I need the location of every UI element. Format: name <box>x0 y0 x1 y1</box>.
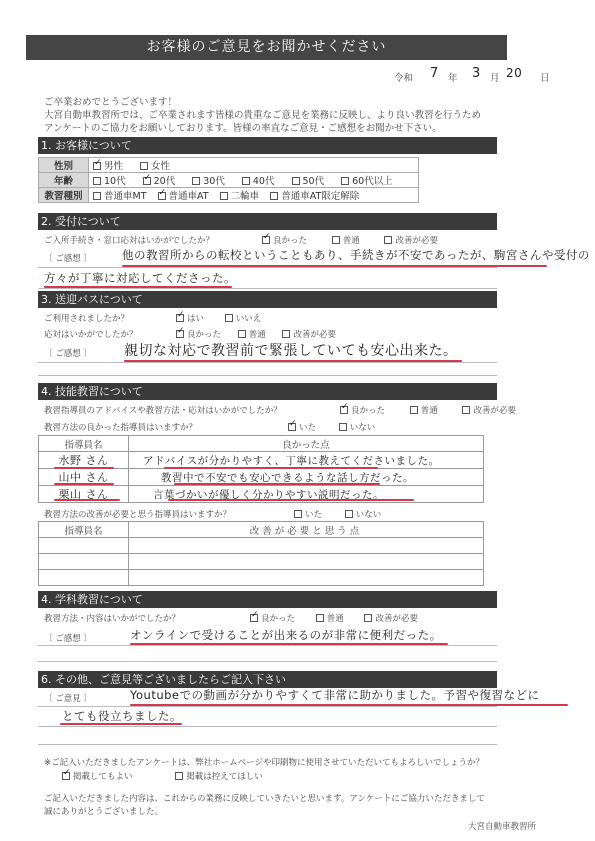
checkbox-checked[interactable] <box>250 614 258 622</box>
highlight-underline <box>174 483 380 485</box>
academic-options: 良かった 普通 改善が必要 <box>250 612 418 624</box>
age-option[interactable]: 40代 <box>242 176 275 187</box>
option-normal[interactable]: 普通 <box>410 406 438 416</box>
instructor-options: 良かった 普通 改善が必要 <box>340 404 516 416</box>
divider <box>38 726 497 727</box>
checkbox[interactable] <box>242 177 250 185</box>
good-instructor-options: いた いない <box>288 421 375 433</box>
column-header: 指導員名 <box>39 436 129 452</box>
checkbox[interactable] <box>220 192 228 200</box>
instructor-name[interactable]: 水野 さん <box>59 454 109 467</box>
good-instructor-question: 教習方法の良かった指導員はいますか？ <box>44 421 197 433</box>
checkbox[interactable] <box>192 177 200 185</box>
comment-label: 〔 ご感想 〕 <box>44 632 92 644</box>
section-header-academic-lessons: 4. 学科教習について <box>38 591 497 608</box>
option-good[interactable]: 良かった <box>340 406 385 416</box>
highlight-underline <box>168 499 414 501</box>
bus-service-question: 応対はいかがでしたか？ <box>44 328 138 340</box>
age-option[interactable]: 30代 <box>192 176 225 187</box>
divider <box>38 645 497 646</box>
column-header: 指導員名 <box>39 522 129 538</box>
date-month[interactable]: 3 <box>472 66 481 81</box>
checkbox[interactable] <box>410 406 418 414</box>
checkbox[interactable] <box>292 177 300 185</box>
checkbox[interactable] <box>462 406 470 414</box>
column-header: 改善が必要と思う点 <box>129 522 484 538</box>
good-point[interactable]: アドバイスが分かりやすく、丁寧に教えてくださいました。 <box>143 455 439 467</box>
section-header-reception: 2. 受付について <box>38 213 497 230</box>
option-needs-improvement[interactable]: 改善が必要 <box>364 614 418 624</box>
checkbox[interactable] <box>332 236 340 244</box>
section-header-other-comments: 6. その他、ご意見等ございましたらご記入下さい <box>38 671 497 688</box>
column-header: 良かった点 <box>129 436 484 452</box>
table-row <box>39 570 484 586</box>
checkbox[interactable] <box>225 314 233 322</box>
checkbox[interactable] <box>316 614 324 622</box>
highlight-underline <box>60 723 182 725</box>
checkbox-checked[interactable] <box>176 330 184 338</box>
checkbox-checked[interactable] <box>262 236 270 244</box>
improvement-cell[interactable] <box>129 538 484 554</box>
course-option[interactable]: 二輪車 <box>220 191 260 202</box>
checkbox[interactable] <box>294 510 302 518</box>
option-yes[interactable]: はい <box>176 314 204 324</box>
option-needs-improvement[interactable]: 改善が必要 <box>462 406 516 416</box>
checkbox[interactable] <box>364 614 372 622</box>
checkbox[interactable] <box>339 423 347 431</box>
date-month-unit: 月 <box>490 70 500 84</box>
checkbox[interactable] <box>384 236 392 244</box>
section-header-bus: 3. 送迎バスについて <box>38 291 497 308</box>
checkbox[interactable] <box>140 162 148 170</box>
improvement-cell[interactable] <box>129 570 484 586</box>
bus-usage-options: はい いいえ <box>176 312 261 324</box>
option-good[interactable]: 良かった <box>176 330 221 340</box>
comment-label: 〔 ご意見 〕 <box>44 692 92 704</box>
checkbox-checked[interactable] <box>340 406 348 414</box>
improve-instructor-question: 教習方法の改善が必要と思う指導員はいますか？ <box>44 508 231 520</box>
option-yes[interactable]: いた <box>288 423 316 433</box>
bus-usage-question: ご利用されましたか？ <box>44 312 129 324</box>
age-label: 年齢 <box>39 173 89 188</box>
course-option[interactable]: 普通車AT限定解除 <box>270 191 359 202</box>
course-option[interactable]: 普通車MT <box>93 191 147 202</box>
other-comment[interactable]: Youtubeでの動画が分かりやすくて非常に助かりました。予習や復習などに <box>130 687 540 703</box>
checkbox[interactable] <box>238 330 246 338</box>
divider <box>38 267 497 268</box>
table-row: 水野 さん アドバイスが分かりやすく、丁寧に教えてくださいました。 <box>39 452 484 469</box>
option-no[interactable]: いない <box>339 423 376 433</box>
option-needs-improvement[interactable]: 改善が必要 <box>282 330 336 340</box>
age-option[interactable]: 10代 <box>93 176 126 187</box>
comment-label: 〔 ご感想 〕 <box>44 252 92 264</box>
option-normal[interactable]: 普通 <box>238 330 266 340</box>
age-option[interactable]: 20代 <box>143 176 176 187</box>
improve-instructor-options: いた いない <box>294 508 381 520</box>
option-good[interactable]: 良かった <box>250 614 295 624</box>
date-era: 令和 <box>394 70 413 84</box>
divider <box>38 661 497 662</box>
intro-line: アンケートのご協力をお願いしております。皆様の率直なご意見・ご感想をお聞かせ下さ… <box>44 120 442 134</box>
checkbox[interactable] <box>341 177 349 185</box>
option-decline-publish[interactable]: 掲載は控えてほしい <box>175 772 263 782</box>
table-row <box>39 554 484 570</box>
checkbox-checked[interactable] <box>143 177 151 185</box>
reception-options: 良かった 普通 改善が必要 <box>262 234 438 246</box>
divider <box>38 362 497 363</box>
option-good[interactable]: 良かった <box>262 236 307 246</box>
good-point[interactable]: 教習中で不安でも安心できるような話し方だった。 <box>161 472 414 484</box>
divider <box>38 706 497 707</box>
checkbox[interactable] <box>175 772 183 780</box>
reception-question: ご入所手続き・窓口応対はいかがでしたか？ <box>44 234 214 246</box>
instructor-question: 教習指導員のアドバイスや教習方法・応対はいかがでしたか？ <box>44 404 282 416</box>
option-no[interactable]: いいえ <box>225 314 262 324</box>
checkbox[interactable] <box>270 192 278 200</box>
bus-comment[interactable]: 親切な対応で教習前で緊張していても安心出来た。 <box>124 340 458 360</box>
footer-message: 誠にありがとうございました。 <box>44 805 163 817</box>
other-comment[interactable]: とても役立ちました。 <box>62 708 182 724</box>
table-row <box>39 538 484 554</box>
intro-line: 大宮自動車教習所では、ご卒業されます皆様の貴重なご意見を業務に反映し、より良い教… <box>44 107 481 121</box>
form-title: お客様のご意見をお聞かせください <box>26 35 507 60</box>
section-header-customer: 1. お客様について <box>38 137 497 154</box>
gender-male-option[interactable]: 男性 <box>93 161 123 172</box>
checkbox[interactable] <box>345 510 353 518</box>
age-option[interactable]: 60代以上 <box>341 176 393 187</box>
checkbox-checked[interactable] <box>176 314 184 322</box>
bus-service-options: 良かった 普通 改善が必要 <box>176 328 336 340</box>
instructor-name-cell[interactable] <box>39 554 129 570</box>
checkbox[interactable] <box>93 192 101 200</box>
highlight-underline <box>54 483 114 485</box>
instructor-name-cell[interactable] <box>39 570 129 586</box>
course-option[interactable]: 普通車AT <box>158 191 209 202</box>
improve-instructors-table: 指導員名 改善が必要と思う点 <box>38 521 484 586</box>
instructor-name-cell[interactable] <box>39 538 129 554</box>
divider <box>38 744 497 745</box>
highlight-underline <box>54 467 114 469</box>
option-normal[interactable]: 普通 <box>316 614 344 624</box>
consent-question: ※ご記入いただきましたアンケートは、弊社ホームページや印刷物に使用させていただい… <box>44 756 484 768</box>
consent-options: 掲載してもよい 掲載は控えてほしい <box>62 770 263 782</box>
date-day-unit: 日 <box>540 70 550 84</box>
divider <box>38 375 497 376</box>
customer-info-table: 性別 男性 女性 年齢 10代 20代 30代 40代 50代 60代以上 教習… <box>38 157 419 203</box>
date-year-unit: 年 <box>448 70 458 84</box>
academic-question: 教習方法・内容はいかがでしたか？ <box>44 612 180 624</box>
section-header-driving-lessons: 4. 技能教習について <box>38 383 497 400</box>
reception-comment[interactable]: 方々が丁寧に対応してくださった。 <box>44 270 236 286</box>
checkbox-checked[interactable] <box>62 772 70 780</box>
good-instructors-table: 指導員名 良かった点 水野 さん アドバイスが分かりやすく、丁寧に教えてください… <box>38 435 484 503</box>
highlight-underline <box>164 467 378 469</box>
gender-label: 性別 <box>39 158 89 173</box>
checkbox-checked[interactable] <box>288 423 296 431</box>
option-needs-improvement[interactable]: 改善が必要 <box>384 236 438 246</box>
option-no[interactable]: いない <box>345 510 382 520</box>
date-year[interactable]: 7 <box>430 66 439 81</box>
reception-comment[interactable]: 他の教習所からの転校ということもあり、手続きが不安であったが、駒宮さんや受付の <box>122 247 590 263</box>
intro-greeting: ご卒業おめでとうございます！ <box>44 94 177 108</box>
checkbox-checked[interactable] <box>158 192 166 200</box>
option-yes[interactable]: いた <box>294 510 322 520</box>
checkbox[interactable] <box>93 177 101 185</box>
school-signature: 大宮自動車教習所 <box>468 820 536 832</box>
improvement-cell[interactable] <box>129 554 484 570</box>
checkbox[interactable] <box>282 330 290 338</box>
footer-message: ご記入いただきました内容は、これからの業務に反映していきたいと思います。アンケー… <box>44 792 485 804</box>
age-option[interactable]: 50代 <box>292 176 325 187</box>
date-day[interactable]: 20 <box>506 66 522 80</box>
course-label: 教習種別 <box>39 188 89 203</box>
highlight-underline <box>54 499 120 501</box>
gender-female-option[interactable]: 女性 <box>140 161 170 172</box>
academic-comment[interactable]: オンラインで受けることが出来るのが非常に便利だった。 <box>130 627 442 643</box>
comment-label: 〔 ご感想 〕 <box>44 347 92 359</box>
divider <box>38 288 497 289</box>
option-normal[interactable]: 普通 <box>332 236 360 246</box>
option-allow-publish[interactable]: 掲載してもよい <box>62 772 133 782</box>
checkbox-checked[interactable] <box>93 162 101 170</box>
